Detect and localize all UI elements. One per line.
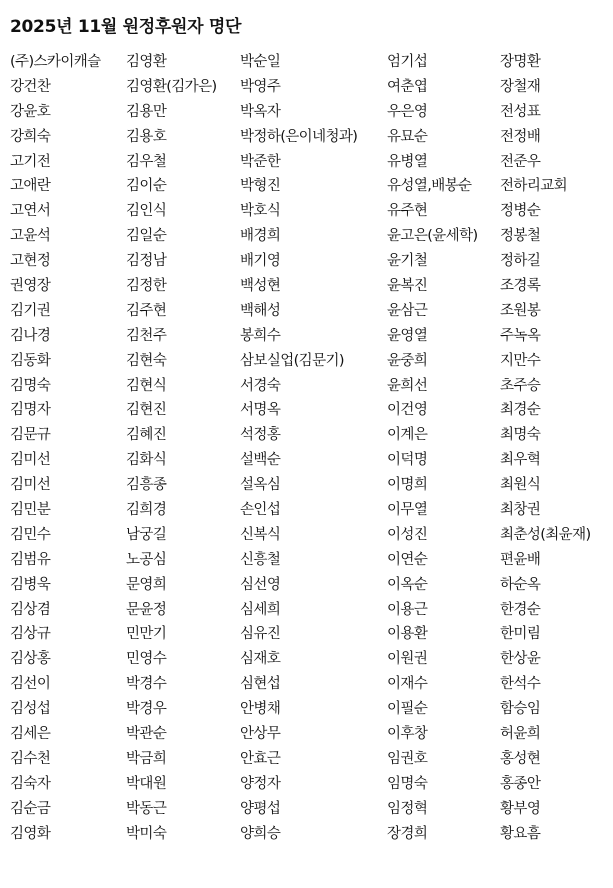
name-row: 김민수남궁길신복식이성진최춘성(최윤재) [0, 523, 613, 548]
donor-name: 설옥심 [240, 473, 280, 498]
donor-name: 김미선 [10, 448, 50, 473]
donor-name: 고기전 [10, 150, 50, 175]
donor-name: 김천주 [126, 324, 166, 349]
name-row: 강희숙김용호박정하(은이네청과)유묘순전정배 [0, 125, 613, 150]
donor-name: 문영희 [126, 573, 166, 598]
name-row: 김영화박미숙양희승장경희황요흠 [0, 822, 613, 847]
name-row: 김병욱문영희심선영이옥순하순옥 [0, 573, 613, 598]
donor-name: 김정남 [126, 249, 166, 274]
donor-name: 박호식 [240, 199, 280, 224]
donor-name-grid: (주)스카이캐슬김영환박순일엄기섭장명환강건찬김영환(김가은)박영주여춘엽장철재… [0, 50, 613, 847]
name-row: 김상겸문윤정심세희이용근한경순 [0, 598, 613, 623]
donor-name: 강희숙 [10, 125, 50, 150]
donor-name: 김영환(김가은) [126, 75, 217, 100]
donor-name: 이덕명 [387, 448, 427, 473]
donor-name: 손인섭 [240, 498, 280, 523]
donor-name: 김우철 [126, 150, 166, 175]
donor-name: 김민수 [10, 523, 50, 548]
donor-name: 김문규 [10, 423, 50, 448]
name-row: 김동화김현숙삼보실업(김문기)윤중희지만수 [0, 349, 613, 374]
donor-name: 윤희선 [387, 374, 427, 399]
name-row: 고현정김정남배기영윤기철정하길 [0, 249, 613, 274]
donor-name: 심현섭 [240, 672, 280, 697]
name-row: 고연서김인식박호식유주현정병순 [0, 199, 613, 224]
donor-name: 윤기철 [387, 249, 427, 274]
donor-name: 설백순 [240, 448, 280, 473]
donor-name: 한상윤 [500, 647, 540, 672]
donor-name: 이필순 [387, 697, 427, 722]
donor-name: 박영주 [240, 75, 280, 100]
donor-name: 김현진 [126, 398, 166, 423]
name-row: 김숙자박대원양정자임명숙홍종안 [0, 772, 613, 797]
name-row: 김나경김천주봉희수윤영열주녹옥 [0, 324, 613, 349]
donor-name: 박경수 [126, 672, 166, 697]
donor-name: 양정자 [240, 772, 280, 797]
donor-name: 김일순 [126, 224, 166, 249]
donor-name: 이옥순 [387, 573, 427, 598]
donor-name: 임명숙 [387, 772, 427, 797]
donor-name: 강윤호 [10, 100, 50, 125]
donor-name: 윤고은(윤세학) [387, 224, 478, 249]
donor-name: 황부영 [500, 797, 540, 822]
donor-name: 박순일 [240, 50, 280, 75]
donor-name: 김현숙 [126, 349, 166, 374]
donor-name: 유성열,배봉순 [387, 174, 471, 199]
donor-name: 김수천 [10, 747, 50, 772]
donor-name: 윤삼근 [387, 299, 427, 324]
name-row: 김범유노공심신흥철이연순편윤배 [0, 548, 613, 573]
donor-name: (주)스카이캐슬 [10, 50, 101, 75]
donor-name: 여춘엽 [387, 75, 427, 100]
donor-name: 유병열 [387, 150, 427, 175]
donor-name: 김영환 [126, 50, 166, 75]
donor-name: 이명희 [387, 473, 427, 498]
donor-name: 심유진 [240, 622, 280, 647]
donor-name: 김미선 [10, 473, 50, 498]
donor-name: 안효근 [240, 747, 280, 772]
name-row: 김명자김현진서명옥이건영최경순 [0, 398, 613, 423]
donor-name: 김주현 [126, 299, 166, 324]
donor-name: 이성진 [387, 523, 427, 548]
donor-name: 이재수 [387, 672, 427, 697]
donor-name: 배경희 [240, 224, 280, 249]
name-row: 김세은박관순안상무이후창허윤희 [0, 722, 613, 747]
donor-name: 정하길 [500, 249, 540, 274]
donor-name: 신흥철 [240, 548, 280, 573]
donor-name: 김현식 [126, 374, 166, 399]
donor-name: 이용근 [387, 598, 427, 623]
donor-name: 배기영 [240, 249, 280, 274]
donor-name: 민영수 [126, 647, 166, 672]
donor-name: 박동근 [126, 797, 166, 822]
donor-name: 김순금 [10, 797, 50, 822]
donor-name: 고연서 [10, 199, 50, 224]
donor-name: 심재호 [240, 647, 280, 672]
donor-name: 전성표 [500, 100, 540, 125]
donor-name: 하순옥 [500, 573, 540, 598]
donor-name: 윤영열 [387, 324, 427, 349]
donor-name: 김정한 [126, 274, 166, 299]
donor-name: 박형진 [240, 174, 280, 199]
donor-name: 김숙자 [10, 772, 50, 797]
donor-name: 신복식 [240, 523, 280, 548]
donor-name: 이연순 [387, 548, 427, 573]
donor-name: 백성현 [240, 274, 280, 299]
page-title: 2025년 11월 원정후원자 명단 [10, 12, 241, 37]
donor-name: 박대원 [126, 772, 166, 797]
donor-name: 임권호 [387, 747, 427, 772]
donor-name: 최춘성(최윤재) [500, 523, 591, 548]
donor-name: 석정홍 [240, 423, 280, 448]
donor-name: 김희경 [126, 498, 166, 523]
donor-name: 김명자 [10, 398, 50, 423]
name-row: 김미선김흥종설옥심이명희최원식 [0, 473, 613, 498]
name-row: 김성섭박경우안병채이필순함승임 [0, 697, 613, 722]
donor-name: 한경순 [500, 598, 540, 623]
donor-name: 김선이 [10, 672, 50, 697]
donor-name: 김인식 [126, 199, 166, 224]
donor-name: 이후창 [387, 722, 427, 747]
donor-name: 문윤정 [126, 598, 166, 623]
donor-name: 윤중희 [387, 349, 427, 374]
donor-name: 김영화 [10, 822, 50, 847]
name-row: 김상홍민영수심재호이원권한상윤 [0, 647, 613, 672]
name-row: 김민분김희경손인섭이무열최창권 [0, 498, 613, 523]
donor-name: 윤복진 [387, 274, 427, 299]
name-row: 고기전김우철박준한유병열전준우 [0, 150, 613, 175]
donor-name: 김동화 [10, 349, 50, 374]
name-row: 김명숙김현식서경숙윤희선초주승 [0, 374, 613, 399]
donor-name: 김상겸 [10, 598, 50, 623]
donor-name: 김병욱 [10, 573, 50, 598]
donor-name: 최우혁 [500, 448, 540, 473]
name-row: 고애란김이순박형진유성열,배봉순전하리교회 [0, 174, 613, 199]
donor-name: 홍성현 [500, 747, 540, 772]
name-row: (주)스카이캐슬김영환박순일엄기섭장명환 [0, 50, 613, 75]
donor-name: 서경숙 [240, 374, 280, 399]
donor-name: 고애란 [10, 174, 50, 199]
name-row: 김문규김혜진석정홍이계은최명숙 [0, 423, 613, 448]
name-row: 김선이박경수심현섭이재수한석수 [0, 672, 613, 697]
donor-name: 우은영 [387, 100, 427, 125]
donor-name: 김성섭 [10, 697, 50, 722]
donor-name: 편윤배 [500, 548, 540, 573]
donor-name: 안상무 [240, 722, 280, 747]
donor-name: 민만기 [126, 622, 166, 647]
donor-name: 이무열 [387, 498, 427, 523]
donor-name: 조원봉 [500, 299, 540, 324]
donor-name: 홍종안 [500, 772, 540, 797]
donor-name: 한석수 [500, 672, 540, 697]
donor-name: 최창권 [500, 498, 540, 523]
name-row: 김순금박동근양평섭임정혁황부영 [0, 797, 613, 822]
donor-name: 한미림 [500, 622, 540, 647]
donor-name: 남궁길 [126, 523, 166, 548]
donor-name: 이계은 [387, 423, 427, 448]
donor-name: 안병채 [240, 697, 280, 722]
donor-name: 박경우 [126, 697, 166, 722]
donor-name: 박정하(은이네청과) [240, 125, 357, 150]
donor-name: 함승임 [500, 697, 540, 722]
donor-name: 전준우 [500, 150, 540, 175]
donor-name: 임정혁 [387, 797, 427, 822]
donor-name: 장명환 [500, 50, 540, 75]
donor-name: 박관순 [126, 722, 166, 747]
name-row: 강건찬김영환(김가은)박영주여춘엽장철재 [0, 75, 613, 100]
donor-name: 김화식 [126, 448, 166, 473]
donor-name: 심선영 [240, 573, 280, 598]
donor-name: 황요흠 [500, 822, 540, 847]
donor-name: 삼보실업(김문기) [240, 349, 344, 374]
donor-name: 김상규 [10, 622, 50, 647]
name-row: 고윤석김일순배경희윤고은(윤세학)정봉철 [0, 224, 613, 249]
donor-name: 전하리교회 [500, 174, 567, 199]
donor-name: 조경록 [500, 274, 540, 299]
donor-name: 봉희수 [240, 324, 280, 349]
donor-name: 장경희 [387, 822, 427, 847]
donor-name: 초주승 [500, 374, 540, 399]
donor-name: 유묘순 [387, 125, 427, 150]
donor-name: 김흥종 [126, 473, 166, 498]
name-row: 김기권김주현백해성윤삼근조원봉 [0, 299, 613, 324]
name-row: 김수천박금희안효근임권호홍성현 [0, 747, 613, 772]
donor-name: 이용환 [387, 622, 427, 647]
donor-name: 전정배 [500, 125, 540, 150]
donor-name: 최경순 [500, 398, 540, 423]
donor-name: 박금희 [126, 747, 166, 772]
donor-name: 양평섭 [240, 797, 280, 822]
donor-name: 김용호 [126, 125, 166, 150]
donor-name: 박준한 [240, 150, 280, 175]
donor-name: 김나경 [10, 324, 50, 349]
donor-name: 김명숙 [10, 374, 50, 399]
donor-name: 양희승 [240, 822, 280, 847]
donor-name: 서명옥 [240, 398, 280, 423]
donor-name: 김혜진 [126, 423, 166, 448]
donor-name: 강건찬 [10, 75, 50, 100]
donor-name: 최명숙 [500, 423, 540, 448]
donor-name: 유주현 [387, 199, 427, 224]
donor-name: 김민분 [10, 498, 50, 523]
donor-name: 주녹옥 [500, 324, 540, 349]
donor-name: 권영장 [10, 274, 50, 299]
donor-name: 김기권 [10, 299, 50, 324]
donor-name: 이원권 [387, 647, 427, 672]
donor-name: 김세은 [10, 722, 50, 747]
name-row: 김미선김화식설백순이덕명최우혁 [0, 448, 613, 473]
donor-name: 장철재 [500, 75, 540, 100]
donor-name: 김범유 [10, 548, 50, 573]
donor-name: 정병순 [500, 199, 540, 224]
donor-name: 김이순 [126, 174, 166, 199]
donor-name: 백해성 [240, 299, 280, 324]
name-row: 강윤호김용만박옥자우은영전성표 [0, 100, 613, 125]
donor-name: 지만수 [500, 349, 540, 374]
donor-name: 이건영 [387, 398, 427, 423]
donor-name: 김용만 [126, 100, 166, 125]
donor-name: 심세희 [240, 598, 280, 623]
donor-name: 정봉철 [500, 224, 540, 249]
donor-name: 김상홍 [10, 647, 50, 672]
donor-name: 박미숙 [126, 822, 166, 847]
donor-name: 노공심 [126, 548, 166, 573]
donor-name: 엄기섭 [387, 50, 427, 75]
donor-name: 고현정 [10, 249, 50, 274]
donor-name: 허윤희 [500, 722, 540, 747]
name-row: 권영장김정한백성현윤복진조경록 [0, 274, 613, 299]
donor-name: 최원식 [500, 473, 540, 498]
donor-name: 고윤석 [10, 224, 50, 249]
name-row: 김상규민만기심유진이용환한미림 [0, 622, 613, 647]
donor-name: 박옥자 [240, 100, 280, 125]
